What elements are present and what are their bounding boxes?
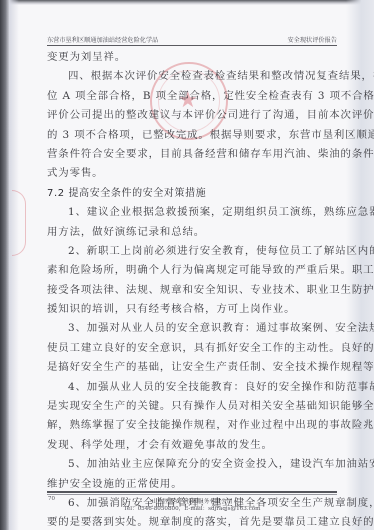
paragraph-line: 的 3 项不合格项，已整改完成。根据导则要求，东营市垦利区顺通加油站经 bbox=[47, 126, 337, 145]
paragraph-line: 位 A 项全部合格，B 项全部合格，定性安全检查表有 3 项不合格。该站就本 bbox=[47, 87, 337, 106]
paragraph-line: 变更为刘呈祥。 bbox=[47, 48, 337, 67]
paragraph-line: 3、加强对从业人员的安全意识教育：通过事故案例、安全法规等教育， bbox=[47, 319, 337, 338]
paragraph-line: 援知识的培训，只有经考核合格，方可上岗作业。 bbox=[47, 300, 337, 319]
paragraph-line: 要的是要落到实处。规章制度的落实，首先是要靠员工建立良好的安全意识， bbox=[47, 513, 337, 530]
page-header: 东营市垦利区顺通加油站经营危险化学品 安全现状评价报告 bbox=[47, 34, 337, 46]
paragraph-line: 1、建议企业根据急救援预案，定期组织员工演练，熟练应急器材的使 bbox=[47, 203, 337, 222]
paragraph-line: 接受各项法律、法规、规章和安全知识、专业技术、职业卫生防护和应急救 bbox=[47, 281, 337, 300]
paragraph-line: 解，熟练掌握了安全技能操作规程，对作业过程中出现的事故险兆能够及时 bbox=[47, 416, 337, 435]
paragraph-line: 用方法，做好演练记录和总结。 bbox=[47, 223, 337, 242]
paragraph-line: 评价公司提出的整改建议与本评价公司进行了沟通，目前本次评价报告提出 bbox=[47, 106, 337, 125]
partial-seal-icon bbox=[12, 190, 26, 256]
paragraph-line: 营条件符合安全要求，目前具备经营和储存车用汽油、柴油的条件，经营形 bbox=[47, 145, 337, 164]
footer-rule bbox=[47, 491, 337, 493]
paragraph-line: 5、加油站业主应保障充分的安全资金投入，建设汽车加油站安全设施， bbox=[47, 455, 337, 474]
header-project-title: 东营市垦利区顺通加油站经营危险化学品 bbox=[47, 35, 158, 44]
paragraph-line: 是实现安全生产的关键。只有操作人员对相关安全基础知识能够全面地了 bbox=[47, 397, 337, 416]
paragraph-line: 使员工建立良好的安全意识，具有抓好安全工作的主动性。良好的安全意识 bbox=[47, 339, 337, 358]
section-heading: 7.2 提高安全条件的安全对策措施 bbox=[47, 184, 337, 203]
paragraph-line: 发现、科学处理，才会有效避免事故的发生。 bbox=[47, 436, 337, 455]
document-body: 变更为刘呈祥。 四、根据本次评价安全检查表检查结果和整改情况复查结果，被评价单 … bbox=[47, 48, 337, 530]
scan-top-shadow bbox=[0, 0, 374, 5]
footer-rule-thin bbox=[47, 494, 337, 495]
paragraph-line: 4、加强从业人员的安全技能教育：良好的安全操作和防范事故的技能， bbox=[47, 378, 337, 397]
binding-shadow bbox=[9, 0, 19, 530]
paragraph-line: 四、根据本次评价安全检查表检查结果和整改情况复查结果，被评价单 bbox=[47, 67, 337, 86]
paragraph-line: 素和危险场所，明确个人行为偏离规定可能导致的严重后果。职工同时应该 bbox=[47, 261, 337, 280]
paragraph-line: 2、新职工上岗前必须进行安全教育，使每位员工了解站区内的危险因 bbox=[47, 242, 337, 261]
paragraph-line: 是搞好安全生产的基础，让安全生产责任制、安全技术操作规程等得到落实。 bbox=[47, 358, 337, 377]
header-report-title: 安全现状评价报告 bbox=[288, 35, 338, 44]
paragraph-line: 式为零售。 bbox=[47, 164, 337, 183]
binding-edge bbox=[0, 0, 9, 530]
footer-contact: Tel：0546-8050800，E-mail：sdjraqjs@163.com bbox=[47, 504, 337, 512]
